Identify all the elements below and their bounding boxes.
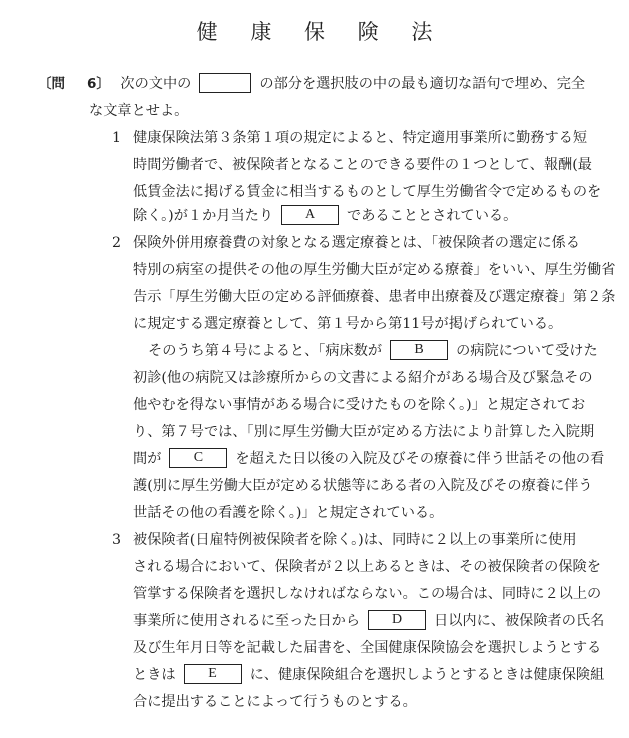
item-2-para2-line-2: 初診(他の病院又は診療所からの文書による紹介がある場合及び緊急その bbox=[133, 368, 593, 388]
item-text: であることとされている。 bbox=[347, 208, 517, 224]
question-label-open: 〔問 bbox=[38, 76, 65, 92]
item-1-line-3: 低賃金法に掲げる賃金に相当するものとして厚生労働省令で定めるものを bbox=[133, 182, 601, 202]
item-text: 保険外併用療養費の対象となる選定療養とは、「被保険者の選定に係る bbox=[133, 235, 580, 251]
exam-page: 健 康 保 険 法 〔問6〕 次の文中のの部分を選択肢の中の最も適切な語句で埋め… bbox=[0, 0, 629, 738]
item-2-line-4: に規定する選定療養として、第１号から第11号が掲げられている。 bbox=[133, 314, 562, 334]
item-3-line-4: 事業所に使用されるに至った日からD日以内に、被保険者の氏名 bbox=[133, 611, 604, 631]
item-3-line-2: される場合において、保険者が２以上あるときは、その被保険者の保険を bbox=[133, 557, 601, 577]
item-1-line-1: 1健康保険法第３条第１項の規定によると、特定適用事業所に勤務する短 bbox=[112, 128, 587, 148]
item-2-para2-line-7: 世話その他の看護を除く。)」と規定されている。 bbox=[133, 503, 443, 523]
page-title: 健 康 保 険 法 bbox=[0, 16, 629, 46]
item-2-para2-line-3: 他やむを得ない事情がある場合に受けたものを除く。)」と規定されてお bbox=[133, 395, 585, 415]
item-number: 1 bbox=[112, 130, 121, 146]
item-1-line-2: 時間労働者で、被保険者となることのできる要件の１つとして、報酬(最 bbox=[133, 155, 592, 175]
question-header: 〔問6〕 次の文中のの部分を選択肢の中の最も適切な語句で埋め、完全 bbox=[38, 74, 585, 94]
instruction-text-cont: の部分を選択肢の中の最も適切な語句で埋め、完全 bbox=[259, 76, 585, 92]
item-2-para2-line-1: そのうち第４号によると、「病床数がBの病院について受けた bbox=[148, 341, 598, 361]
instruction-text: 次の文中の bbox=[120, 76, 191, 92]
blank-e: E bbox=[184, 664, 242, 684]
item-2-para2-line-6: 護(別に厚生労働大臣が定める状態等にある者の入院及びその療養に伴う bbox=[133, 476, 593, 496]
item-2-para2-line-5: 間がCを超えた日以後の入院及びその療養に伴う世話その他の看 bbox=[133, 449, 604, 469]
item-text: 除く。)が１か月当たり bbox=[133, 208, 273, 224]
item-3-line-7: 合に提出することによって行うものとする。 bbox=[133, 692, 417, 712]
item-2-para2-line-4: り、第７号では、「別に厚生労働大臣が定める方法により計算した入院期 bbox=[133, 422, 594, 442]
item-2-line-1: 2保険外併用療養費の対象となる選定療養とは、「被保険者の選定に係る bbox=[112, 233, 580, 253]
item-3-line-5: 及び生年月日等を記載した届書を、全国健康保険協会を選択しようとする bbox=[133, 638, 601, 658]
item-text: 間が bbox=[133, 451, 161, 467]
item-text: に、健康保険組合を選択しようとするときは健康保険組 bbox=[250, 667, 605, 683]
blank-c: C bbox=[169, 448, 227, 468]
item-1-line-4: 除く。)が１か月当たりAであることとされている。 bbox=[133, 206, 517, 226]
blank-d: D bbox=[368, 610, 426, 630]
blank-a: A bbox=[281, 205, 339, 225]
item-text: 事業所に使用されるに至った日から bbox=[133, 613, 360, 629]
item-text: 健康保険法第３条第１項の規定によると、特定適用事業所に勤務する短 bbox=[133, 130, 587, 146]
item-text: ときは bbox=[133, 667, 176, 683]
example-blank-box bbox=[199, 73, 251, 93]
question-label-number: 6〕 bbox=[87, 76, 110, 92]
item-3-line-1: 3被保険者(日雇特例被保険者を除く。)は、同時に２以上の事業所に使用 bbox=[112, 530, 577, 550]
item-number: 2 bbox=[112, 235, 121, 251]
item-2-line-2: 特別の病室の提供その他の厚生労働大臣が定める療養」をいい、厚生労働省 bbox=[133, 260, 615, 280]
item-2-line-3: 告示「厚生労働大臣の定める評価療養、患者申出療養及び選定療養」第２条 bbox=[133, 287, 615, 307]
item-text: を超えた日以後の入院及びその療養に伴う世話その他の看 bbox=[235, 451, 604, 467]
item-text: の病院について受けた bbox=[456, 343, 598, 359]
item-3-line-3: 管掌する保険者を選択しなければならない。この場合は、同時に２以上の bbox=[133, 584, 601, 604]
item-number: 3 bbox=[112, 532, 121, 548]
item-3-line-6: ときはEに、健康保険組合を選択しようとするときは健康保険組 bbox=[133, 665, 604, 685]
item-text: そのうち第４号によると、「病床数が bbox=[148, 343, 382, 359]
blank-b: B bbox=[390, 340, 448, 360]
item-text: 日以内に、被保険者の氏名 bbox=[434, 613, 604, 629]
instruction-line-2: な文章とせよ。 bbox=[89, 101, 188, 121]
item-text: 被保険者(日雇特例被保険者を除く。)は、同時に２以上の事業所に使用 bbox=[133, 532, 577, 548]
